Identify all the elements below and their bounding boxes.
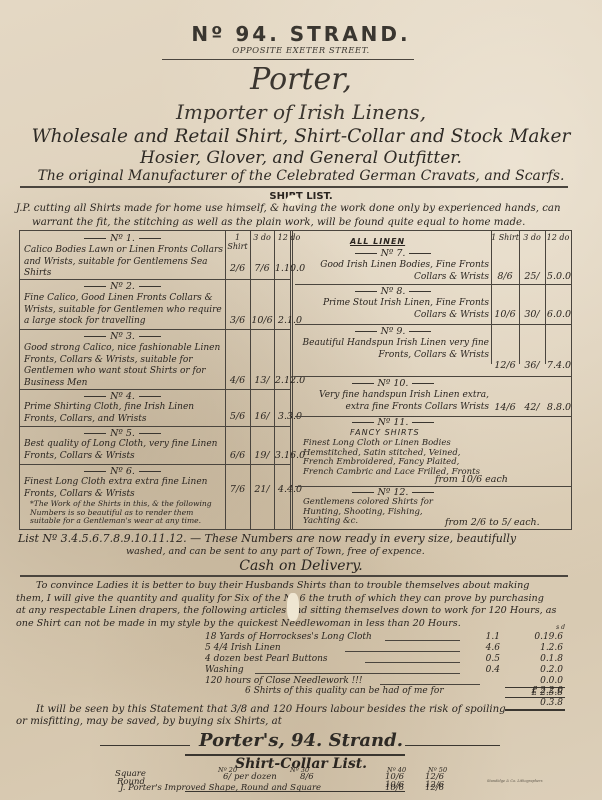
calc-label: 5 4/4 Irish Linen	[205, 643, 281, 653]
item-number: Nº 7.	[295, 248, 491, 259]
price-3-do: 19/	[250, 450, 274, 461]
intro-line-2: warrant the fit, the stitching as well a…	[16, 216, 591, 230]
leader-line	[345, 651, 460, 652]
table-row: Nº 3. Good strong Calico, nice fashionab…	[20, 329, 290, 390]
item-description: Beautiful Handspun Irish Linen very fine…	[299, 338, 489, 361]
leader-line	[365, 662, 460, 663]
price-1-shirt: 5/6	[225, 411, 250, 422]
paper-hole	[286, 195, 300, 206]
item-price: from 10/6 each	[435, 474, 555, 485]
calc-rate: 4.6	[460, 643, 500, 653]
shirt-price-table: 1 Shirt 3 do 12 do Nº 1. Calico Bodies L…	[19, 230, 572, 530]
item-note: *The Work of the Shirts in this, & the f…	[30, 500, 224, 526]
convince-line-2: them, I will give the quantity and quali…	[16, 593, 596, 606]
price-1-shirt: 3/6	[225, 315, 250, 326]
table-row: Nº 8. Prime Stout Irish Linen, Fine Fron…	[295, 284, 571, 325]
printer-imprint: Standidge & Co. Lithographers	[487, 779, 543, 783]
section-rule	[20, 575, 568, 577]
item-number: Nº 5.	[20, 428, 225, 439]
six-shirts-label: 6 Shirts of this quality can be had of m…	[245, 686, 444, 696]
price-1-shirt: 8/6	[491, 271, 519, 282]
price-3-do: 10/6	[250, 315, 274, 326]
six-shirts-price: £ 2.2.0	[505, 686, 563, 696]
item-description: Best quality of Long Cloth, very fine Li…	[24, 439, 224, 462]
paper-hole	[287, 593, 299, 621]
calc-row: 18 Yards of Horrockses's Long Cloth 1.1 …	[205, 632, 565, 643]
calc-rate: 0.5	[460, 654, 500, 664]
item-description: Very fine handspun Irish Linen extra, ex…	[299, 390, 489, 413]
table-row: Nº 2. Fine Calico, Good Linen Fronts Col…	[20, 279, 290, 330]
item-number: Nº 1.	[20, 233, 225, 244]
table-row: Nº 11. FANCY SHIRTS Finest Long Cloth or…	[295, 416, 571, 487]
price-3-do: 36/	[519, 360, 545, 371]
item-description: Prime Shirting Cloth, fine Irish Linen F…	[24, 402, 224, 425]
table-row: Nº 5. Best quality of Long Cloth, very f…	[20, 426, 290, 465]
calc-row: 5 4/4 Irish Linen 4.6 1.2.6	[205, 643, 565, 654]
cash-on-delivery: Cash on Delivery.	[0, 558, 602, 574]
leader-line	[255, 673, 460, 674]
header-rule	[162, 59, 414, 60]
original-manufacturer-line: The original Manufacturer of the Celebra…	[0, 168, 602, 184]
item-description: Prime Stout Irish Linen, Fine Fronts Col…	[299, 298, 489, 321]
item-description: Calico Bodies Lawn or Linen Fronts Colla…	[24, 245, 224, 280]
document-page: Nº 94. STRAND. OPPOSITE EXETER STREET. P…	[0, 0, 602, 800]
item-price: from 2/6 to 5/ each.	[445, 517, 570, 528]
collar-list-underline	[185, 791, 405, 792]
note-line-1: List Nº 3.4.5.6.7.8.9.10.11.12. — These …	[18, 532, 516, 545]
price-1-shirt: 7/6	[225, 484, 250, 495]
statement-paragraph: It will be seen by this Statement that 3…	[16, 704, 596, 728]
table-row: Nº 1. Calico Bodies Lawn or Linen Fronts…	[20, 231, 290, 280]
item-description: Gentlemens colored Shirts for Hunting, S…	[303, 498, 453, 527]
table-row: Nº 10. Very fine handspun Irish Linen ex…	[295, 376, 571, 417]
price-12-do: 6.0.0	[545, 309, 573, 320]
price-3-do: 13/	[250, 375, 274, 386]
price-12-do: 7.4.0	[545, 360, 573, 371]
item-number: Nº 11.	[295, 417, 491, 428]
table-row: Nº 7. Good Irish Linen Bodies, Fine Fron…	[295, 231, 571, 285]
table-left-half: 1 Shirt 3 do 12 do Nº 1. Calico Bodies L…	[20, 231, 293, 529]
convince-line-3: at any respectable Linen drapers, the fo…	[16, 605, 596, 618]
statement-line-1: It will be seen by this Statement that 3…	[16, 704, 596, 716]
calc-label: 120 hours of Close Needlework !!!	[205, 676, 363, 686]
calc-total: 0.19.6	[505, 632, 563, 642]
shirt-list-title: SHIRT LIST.	[0, 191, 602, 202]
calc-rate: 1.1	[460, 632, 500, 642]
price-3-do: 21/	[250, 484, 274, 495]
opposite-street: OPPOSITE EXETER STREET.	[0, 46, 602, 56]
numbers-ready-note: List Nº 3.4.5.6.7.8.9.10.11.12. — These …	[18, 532, 588, 558]
price-3-do: 30/	[519, 309, 545, 320]
table-row: Nº 12. Gentlemens colored Shirts for Hun…	[295, 486, 571, 529]
price-3-do: 25/	[519, 271, 545, 282]
calc-total: 0.0.0	[505, 676, 563, 686]
price-1-shirt: 2/6	[225, 263, 250, 274]
statement-line-2: or misfitting, may be saved, by buying s…	[16, 716, 596, 728]
hosier-line: Hosier, Glover, and General Outfitter.	[0, 148, 602, 168]
calc-total: 0.1.8	[505, 654, 563, 664]
price-1-shirt: 14/6	[491, 402, 519, 413]
proprietor-name: Porter,	[0, 62, 602, 97]
item-number: Nº 8.	[295, 286, 491, 297]
item-number: Nº 9.	[295, 326, 491, 337]
item-description: Fine Calico, Good Linen Fronts Collars &…	[24, 293, 224, 328]
price-3-do: 7/6	[250, 263, 274, 274]
calc-total: 1.2.6	[505, 643, 563, 653]
item-description: Good strong Calico, nice fashionable Lin…	[24, 343, 224, 389]
item-number: Nº 6.	[20, 466, 225, 477]
importer-line: Importer of Irish Linens,	[0, 100, 602, 124]
note-line-2: washed, and can be sent to any part of T…	[18, 545, 588, 558]
signature-rule-right	[405, 745, 500, 746]
signature: Porter's, 94. Strand.	[0, 730, 602, 751]
calc-row: Washing 0.4 0.2.0	[205, 665, 565, 676]
item-description: Good Irish Linen Bodies, Fine Fronts Col…	[299, 260, 489, 283]
shop-address: Nº 94. STRAND.	[0, 22, 602, 46]
calc-rate: 0.4	[460, 665, 500, 675]
fancy-shirts-header: FANCY SHIRTS	[350, 428, 420, 437]
price-1-shirt: 4/6	[225, 375, 250, 386]
convince-line-1: To convince Ladies it is better to buy t…	[16, 580, 596, 593]
table-row: Nº 4. Prime Shirting Cloth, fine Irish L…	[20, 389, 290, 427]
calc-label: 18 Yards of Horrockses's Long Cloth	[205, 632, 372, 642]
collar-price: 12/6	[425, 783, 444, 793]
table-right-half: ALL LINEN 1 Shirt 3 do 12 do Nº 7. Good …	[295, 231, 571, 529]
price-3-do: 16/	[250, 411, 274, 422]
section-rule	[20, 186, 568, 188]
item-number: Nº 4.	[20, 391, 225, 402]
item-description: Finest Long Cloth extra extra fine Linen…	[24, 477, 224, 500]
collar-price: 8/6	[300, 772, 314, 782]
price-1-shirt: 10/6	[491, 309, 519, 320]
item-number: Nº 10.	[295, 378, 491, 389]
price-12-do: 5.0.0	[545, 271, 573, 282]
shirt-list-intro: J.P. cutting all Shirts made for home us…	[16, 202, 591, 230]
item-description: Finest Long Cloth or Linen Bodies Hemsti…	[303, 439, 483, 477]
calc-total: 0.2.0	[505, 665, 563, 675]
six-shirts-row: 6 Shirts of this quality can be had of m…	[205, 686, 565, 697]
price-3-do: 42/	[519, 402, 545, 413]
collar-price: 6/ per dozen	[223, 772, 277, 782]
price-1-shirt: 12/6	[491, 360, 519, 371]
calc-label: Washing	[205, 665, 244, 675]
trade-line: Wholesale and Retail Shirt, Shirt-Collar…	[0, 126, 602, 147]
leader-line	[385, 640, 460, 641]
item-number: Nº 2.	[20, 281, 225, 292]
table-row: Nº 6. Finest Long Cloth extra extra fine…	[20, 464, 290, 529]
leader-line	[380, 684, 480, 685]
calc-row: 4 dozen best Pearl Buttons 0.5 0.1.8	[205, 654, 565, 665]
price-1-shirt: 6/6	[225, 450, 250, 461]
calc-label: 4 dozen best Pearl Buttons	[205, 654, 328, 664]
item-number: Nº 3.	[20, 331, 225, 342]
convince-paragraph: To convince Ladies it is better to buy t…	[16, 580, 596, 630]
price-12-do: 8.8.0	[545, 402, 573, 413]
table-row: Nº 9. Beautiful Handspun Irish Linen ver…	[295, 324, 571, 377]
